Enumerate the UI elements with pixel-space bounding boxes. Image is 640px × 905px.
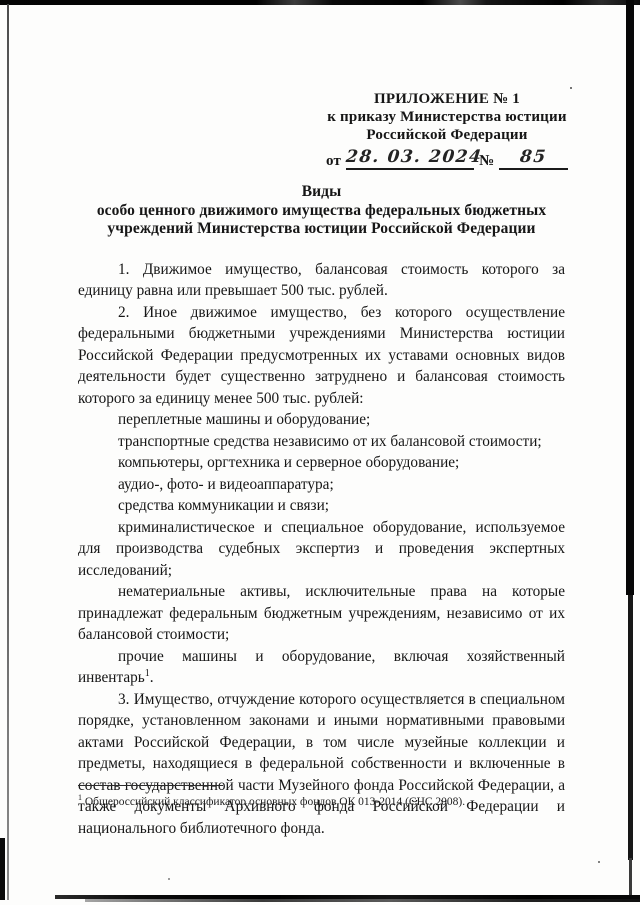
list-item-period: . — [150, 669, 154, 686]
scanned-document-page: ПРИЛОЖЕНИЕ № 1 к приказу Министерства юс… — [0, 0, 640, 905]
footnote-rule — [78, 785, 223, 786]
scan-edge-right-artifact — [626, 0, 634, 595]
scan-edge-right-mid-artifact — [628, 595, 633, 860]
footnote-text: Общероссийский классификатор основных фо… — [85, 796, 465, 808]
paragraph-3: 3. Имущество, отчуждение которого осущес… — [78, 689, 565, 840]
property-types-list: переплетные машины и оборудование;трансп… — [78, 409, 565, 646]
list-item: средства коммуникации и связи; — [78, 495, 565, 517]
appendix-number-line: ПРИЛОЖЕНИЕ № 1 — [326, 90, 568, 108]
scan-edge-left-bottom-artifact — [0, 838, 5, 900]
number-blank-underline: 85 — [499, 148, 568, 170]
scan-speck-artifact — [598, 861, 600, 863]
title-line1: Виды — [78, 183, 565, 202]
title-line2: особо ценного движимого имущества федера… — [78, 202, 565, 221]
footnote-block: 1 Общероссийский классификатор основных … — [78, 785, 565, 809]
document-title: Виды особо ценного движимого имущества ф… — [78, 183, 565, 239]
handwritten-order-number: 85 — [519, 148, 548, 167]
document-content: ПРИЛОЖЕНИЕ № 1 к приказу Министерства юс… — [78, 0, 565, 839]
paragraph-1: 1. Движимое имущество, балансовая стоимо… — [78, 259, 565, 302]
list-item-with-footnote: прочие машины и оборудование, включая хо… — [78, 646, 565, 689]
date-blank-underline: 28. 03. 2024 — [346, 148, 474, 170]
list-item: аудио-, фото- и видеоаппаратура; — [78, 474, 565, 496]
footnote-marker: 1 — [78, 793, 82, 802]
date-label: от — [326, 152, 341, 170]
handwritten-date: 28. 03. 2024 — [345, 148, 483, 167]
scan-edge-right-low-artifact — [629, 858, 632, 900]
paragraph-2: 2. Иное движимое имущество, без которого… — [78, 302, 565, 410]
order-date-line: от 28. 03. 2024 № 85 — [326, 146, 568, 170]
appendix-header: ПРИЛОЖЕНИЕ № 1 к приказу Министерства юс… — [326, 90, 568, 170]
order-reference-line2: Российской Федерации — [326, 126, 568, 144]
list-item: криминалистическое и специальное оборудо… — [78, 517, 565, 582]
list-item: нематериальные активы, исключительные пр… — [78, 581, 565, 646]
scan-speck-artifact — [570, 87, 572, 89]
list-item: переплетные машины и оборудование; — [78, 409, 565, 431]
scan-speck-artifact — [168, 878, 170, 880]
title-line3: учреждений Министерства юстиции Российск… — [78, 220, 565, 239]
list-item: компьютеры, оргтехника и серверное обору… — [78, 452, 565, 474]
footnote-text-line: 1 Общероссийский классификатор основных … — [78, 791, 565, 809]
scan-edge-bottom-gray-artifact — [85, 899, 640, 902]
document-body: 1. Движимое имущество, балансовая стоимо… — [78, 259, 565, 840]
list-item: транспортные средства независимо от их б… — [78, 431, 565, 453]
scan-edge-bottom-artifact — [55, 895, 640, 899]
scan-edge-left-artifact — [7, 4, 9, 900]
order-reference-line1: к приказу Министерства юстиции — [326, 108, 568, 126]
